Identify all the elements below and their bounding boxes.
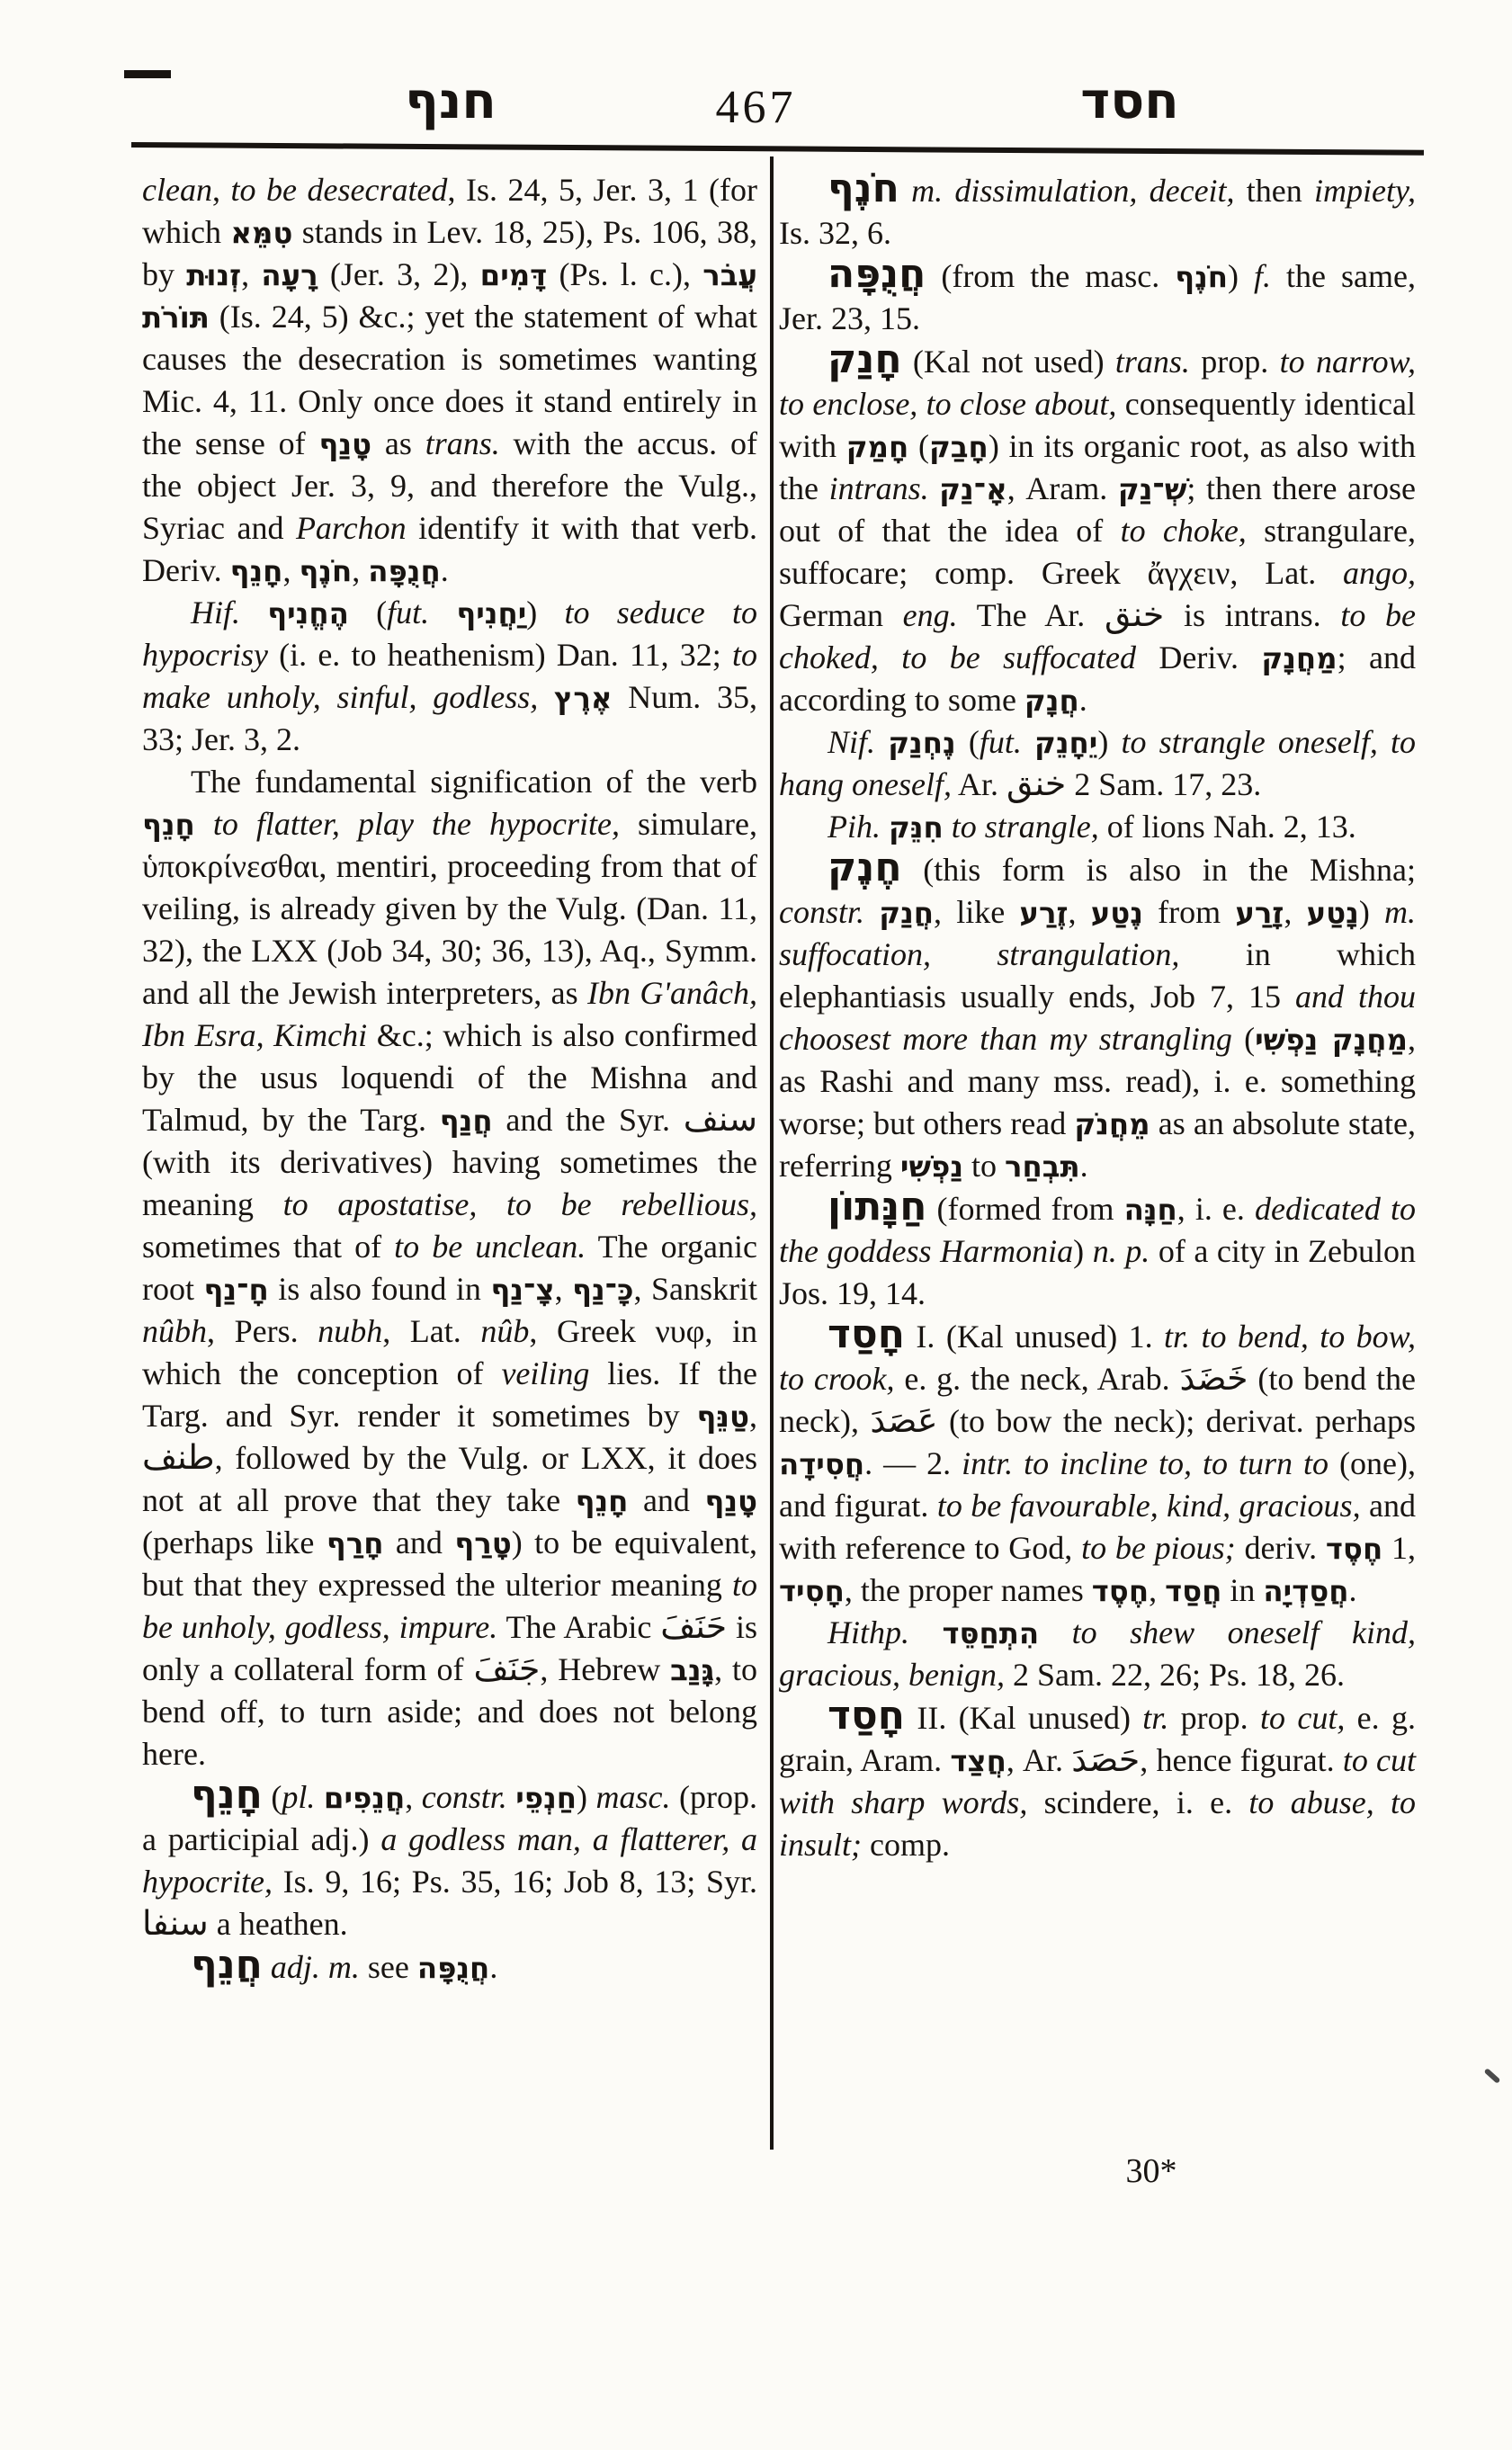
signature-mark: 30* — [1070, 2151, 1232, 2191]
dictionary-paragraph: חַנָּתוֹן (formed from חַנָּה, i. e. ded… — [779, 1187, 1416, 1315]
dictionary-paragraph: חָסַד I. (Kal unused) 1. tr. to bend, to… — [779, 1315, 1416, 1612]
dictionary-paragraph: חָנֵף (pl. חֲנֵפִים, constr. חַנְפֵי) ma… — [142, 1775, 757, 1945]
dictionary-page: חנף 467 חסד clean, to be desecrated, Is.… — [0, 0, 1512, 2450]
column-divider — [770, 156, 774, 2150]
scan-artifact — [1484, 2068, 1501, 2084]
left-column: clean, to be desecrated, Is. 24, 5, Jer.… — [142, 169, 757, 1989]
dictionary-paragraph: חֲנֻפָּה (from the masc. חֹנֶף) f. the s… — [779, 255, 1416, 340]
guide-word-right: חסד — [810, 74, 1450, 130]
dictionary-paragraph: Pih. חִנֵּק to strangle, of lions Nah. 2… — [779, 806, 1416, 848]
dictionary-paragraph: Hif. הֶחֱנִיף (fut. יַחֲנִיף) to seduce … — [142, 592, 757, 761]
dictionary-paragraph: clean, to be desecrated, Is. 24, 5, Jer.… — [142, 169, 757, 592]
dictionary-paragraph: Hithp. הִתְחַסֵּד to shew oneself kind, … — [779, 1612, 1416, 1696]
dictionary-paragraph: The fundamental signification of the ver… — [142, 761, 757, 1775]
dictionary-paragraph: חָסַד II. (Kal unused) tr. prop. to cut,… — [779, 1696, 1416, 1866]
right-column: חֹנֶף m. dissimulation, deceit, then imp… — [779, 169, 1416, 1866]
dictionary-paragraph: חֶנֶק (this form is also in the Mishna; … — [779, 848, 1416, 1187]
dictionary-paragraph: Nif. נֶחְנַק (fut. יֵחָנֵק) to strangle … — [779, 721, 1416, 806]
dictionary-paragraph: חֹנֶף m. dissimulation, deceit, then imp… — [779, 169, 1416, 255]
dictionary-paragraph: חָנַק (Kal not used) trans. prop. to nar… — [779, 340, 1416, 721]
dictionary-paragraph: חֲנֵף adj. m. see חֲנֻפָּה. — [142, 1945, 757, 1989]
header-rule — [131, 142, 1424, 156]
